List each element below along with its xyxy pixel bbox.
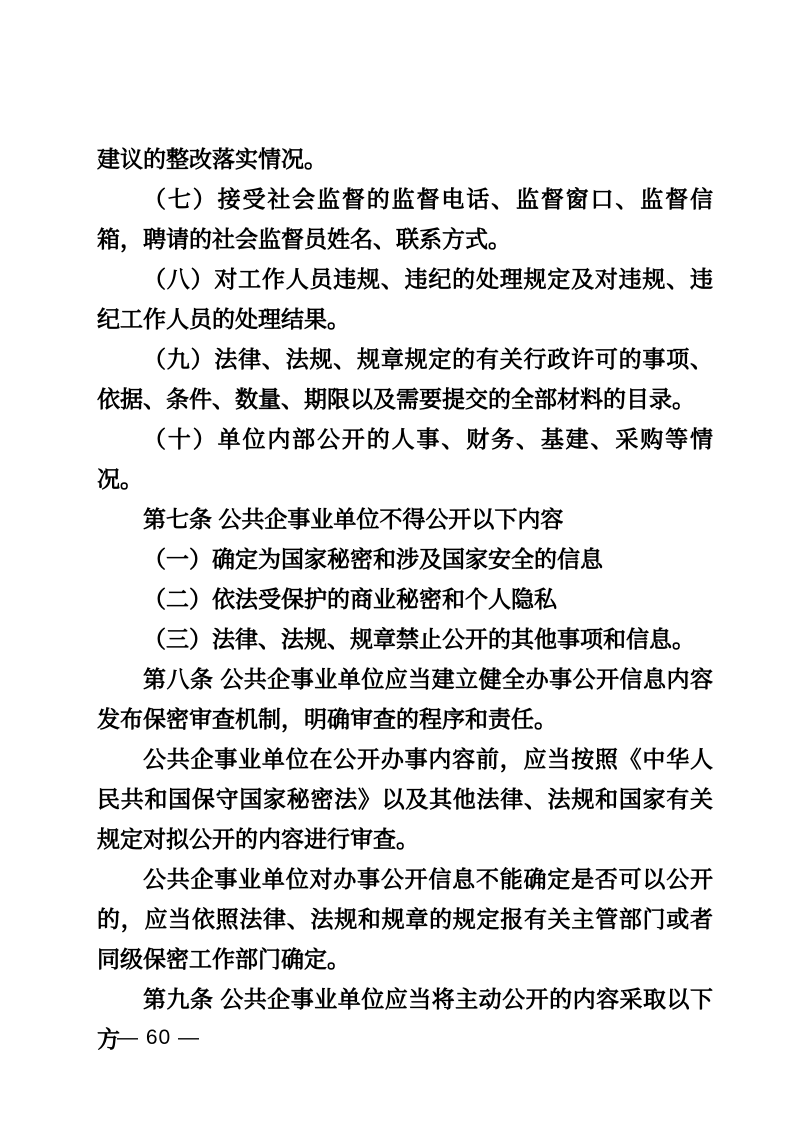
paragraph-article-7-item-2: （二）依法受保护的商业秘密和个人隐私: [97, 579, 713, 619]
page-number: — 60 —: [117, 1026, 200, 1050]
document-body: 建议的整改落实情况。 （七）接受社会监督的监督电话、监督窗口、监督信箱，聘请的社…: [97, 139, 713, 1059]
paragraph-article-8-para-2: 公共企事业单位在公开办事内容前，应当按照《中华人民共和国保守国家秘密法》以及其他…: [97, 739, 713, 859]
paragraph-item-10: （十）单位内部公开的人事、财务、基建、采购等情况。: [97, 419, 713, 499]
paragraph-article-7-item-3: （三）法律、法规、规章禁止公开的其他事项和信息。: [97, 619, 713, 659]
paragraph-continuation: 建议的整改落实情况。: [97, 139, 713, 179]
paragraph-article-8: 第八条 公共企事业单位应当建立健全办事公开信息内容发布保密审查机制，明确审查的程…: [97, 659, 713, 739]
paragraph-item-7: （七）接受社会监督的监督电话、监督窗口、监督信箱，聘请的社会监督员姓名、联系方式…: [97, 179, 713, 259]
paragraph-article-7: 第七条 公共企事业单位不得公开以下内容: [97, 499, 713, 539]
paragraph-article-7-item-1: （一）确定为国家秘密和涉及国家安全的信息: [97, 539, 713, 579]
document-page: 建议的整改落实情况。 （七）接受社会监督的监督电话、监督窗口、监督信箱，聘请的社…: [0, 0, 793, 1122]
paragraph-article-8-para-3: 公共企事业单位对办事公开信息不能确定是否可以公开的，应当依照法律、法规和规章的规…: [97, 859, 713, 979]
paragraph-item-9: （九）法律、法规、规章规定的有关行政许可的事项、依据、条件、数量、期限以及需要提…: [97, 339, 713, 419]
paragraph-item-8: （八）对工作人员违规、违纪的处理规定及对违规、违纪工作人员的处理结果。: [97, 259, 713, 339]
